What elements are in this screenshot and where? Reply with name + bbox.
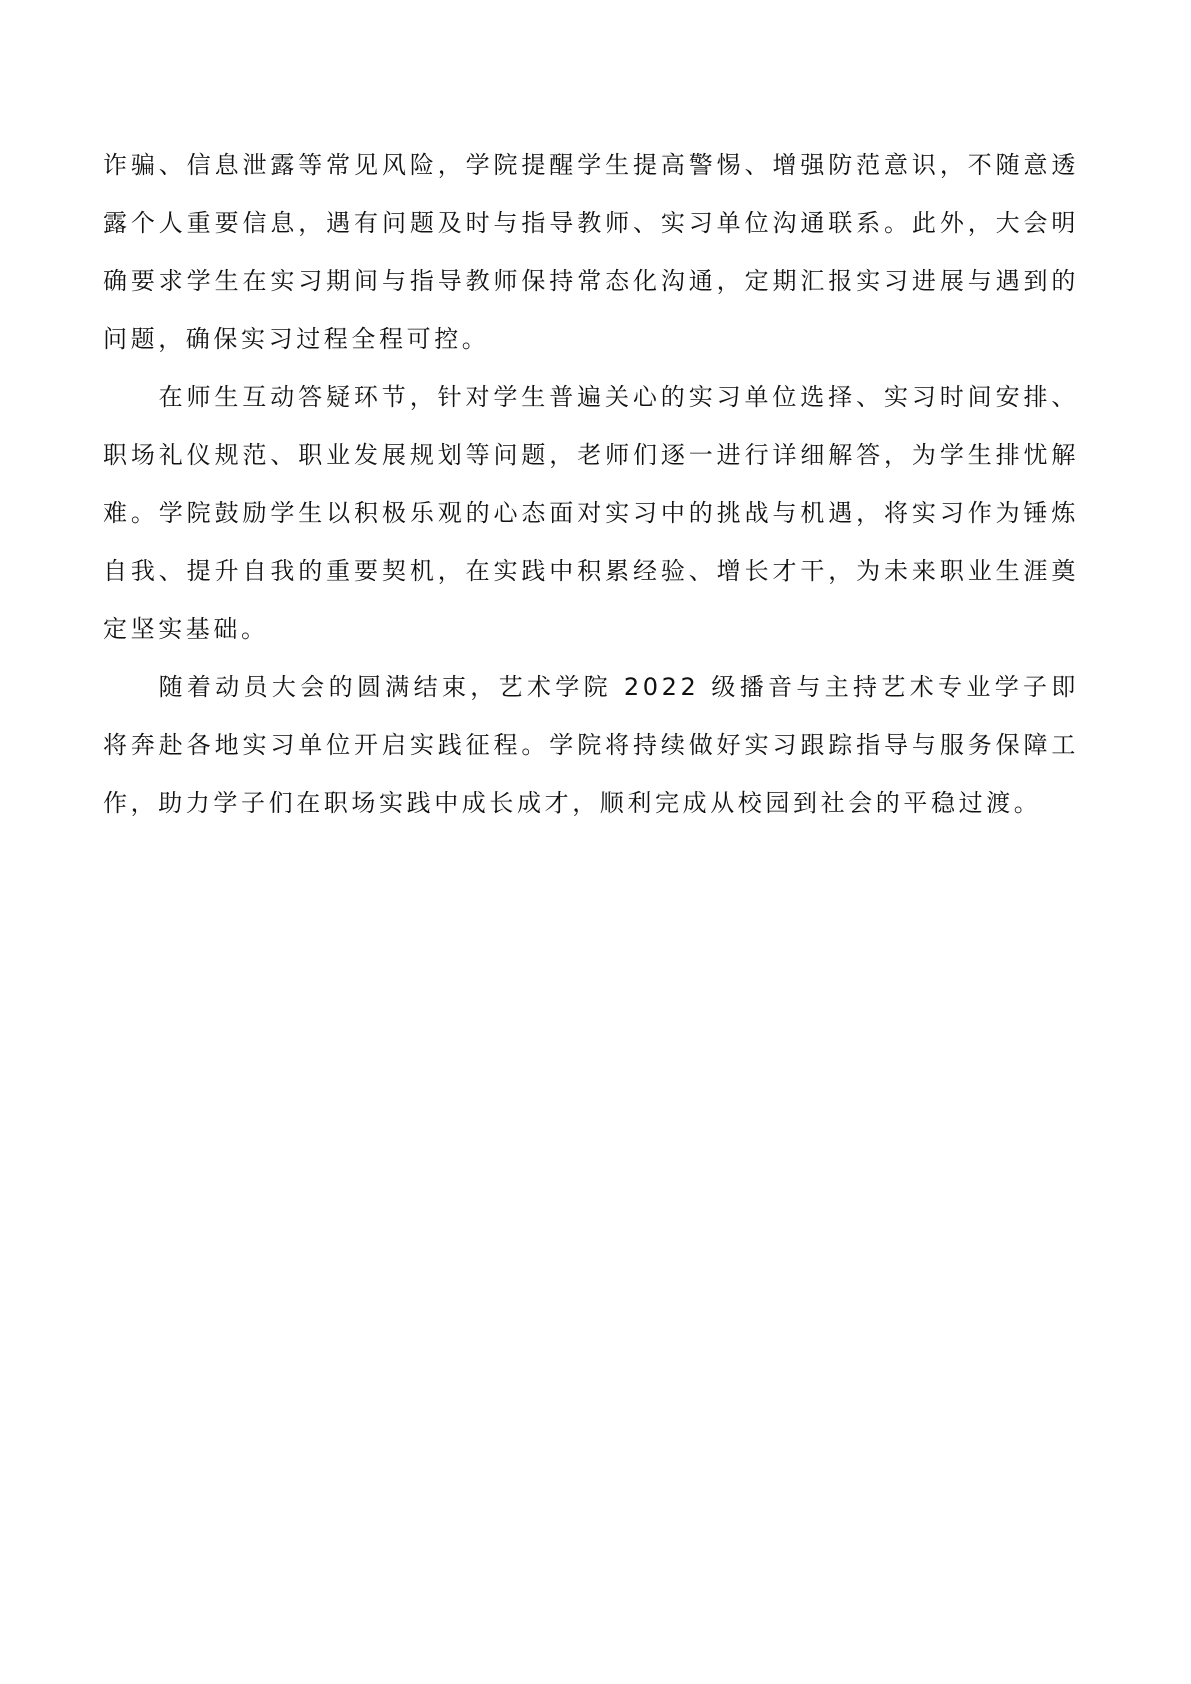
document-page: 诈骗、信息泄露等常见风险，学院提醒学生提高警惕、增强防范意识，不随意透露个人重要… [103, 136, 1079, 832]
paragraph-qa-session: 在师生互动答疑环节，针对学生普遍关心的实习单位选择、实习时间安排、职场礼仪规范、… [103, 368, 1079, 658]
paragraph-safety-reminder: 诈骗、信息泄露等常见风险，学院提醒学生提高警惕、增强防范意识，不随意透露个人重要… [103, 136, 1079, 368]
paragraph-conclusion: 随着动员大会的圆满结束，艺术学院 2022 级播音与主持艺术专业学子即将奔赴各地… [103, 658, 1079, 832]
